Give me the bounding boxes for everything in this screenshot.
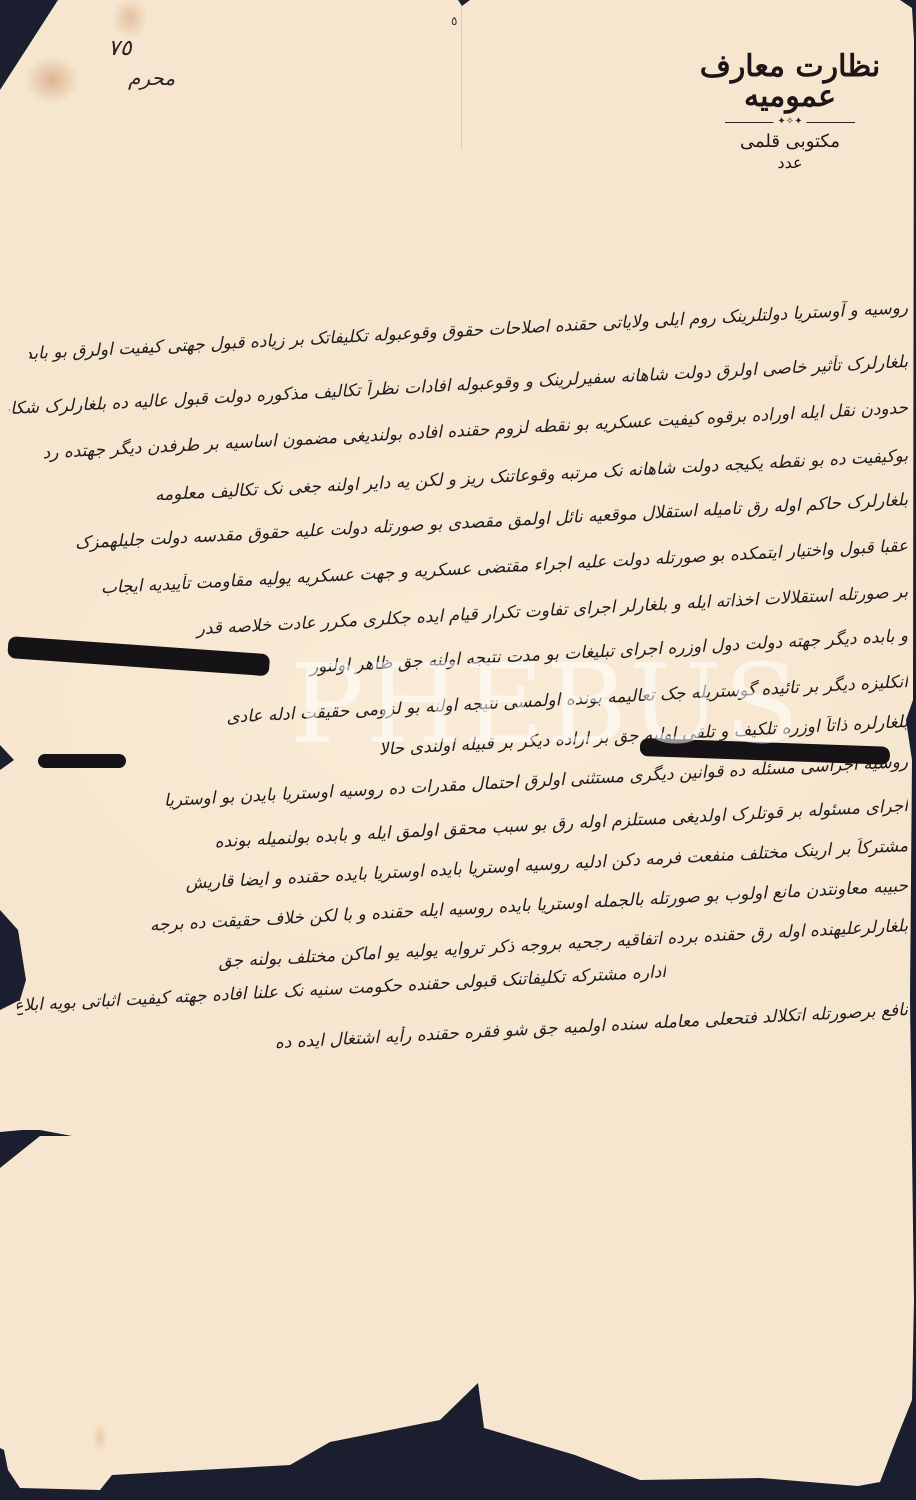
document-page: ٥ ٧٥ محرم نظارت معارف عمومیه ✦✧✦ مکتوبی … bbox=[0, 0, 916, 1500]
redaction-stroke bbox=[38, 754, 126, 768]
letter-body: روسیه و آوستریا دولتلرینک روم ایلی ولایا… bbox=[0, 0, 916, 1100]
handwritten-line: نافع برصورتله اتکلالد فتحعلی معامله سنده… bbox=[9, 1000, 909, 1067]
handwritten-line: روسیه و آوستریا دولتلرینک روم ایلی ولایا… bbox=[29, 298, 909, 364]
